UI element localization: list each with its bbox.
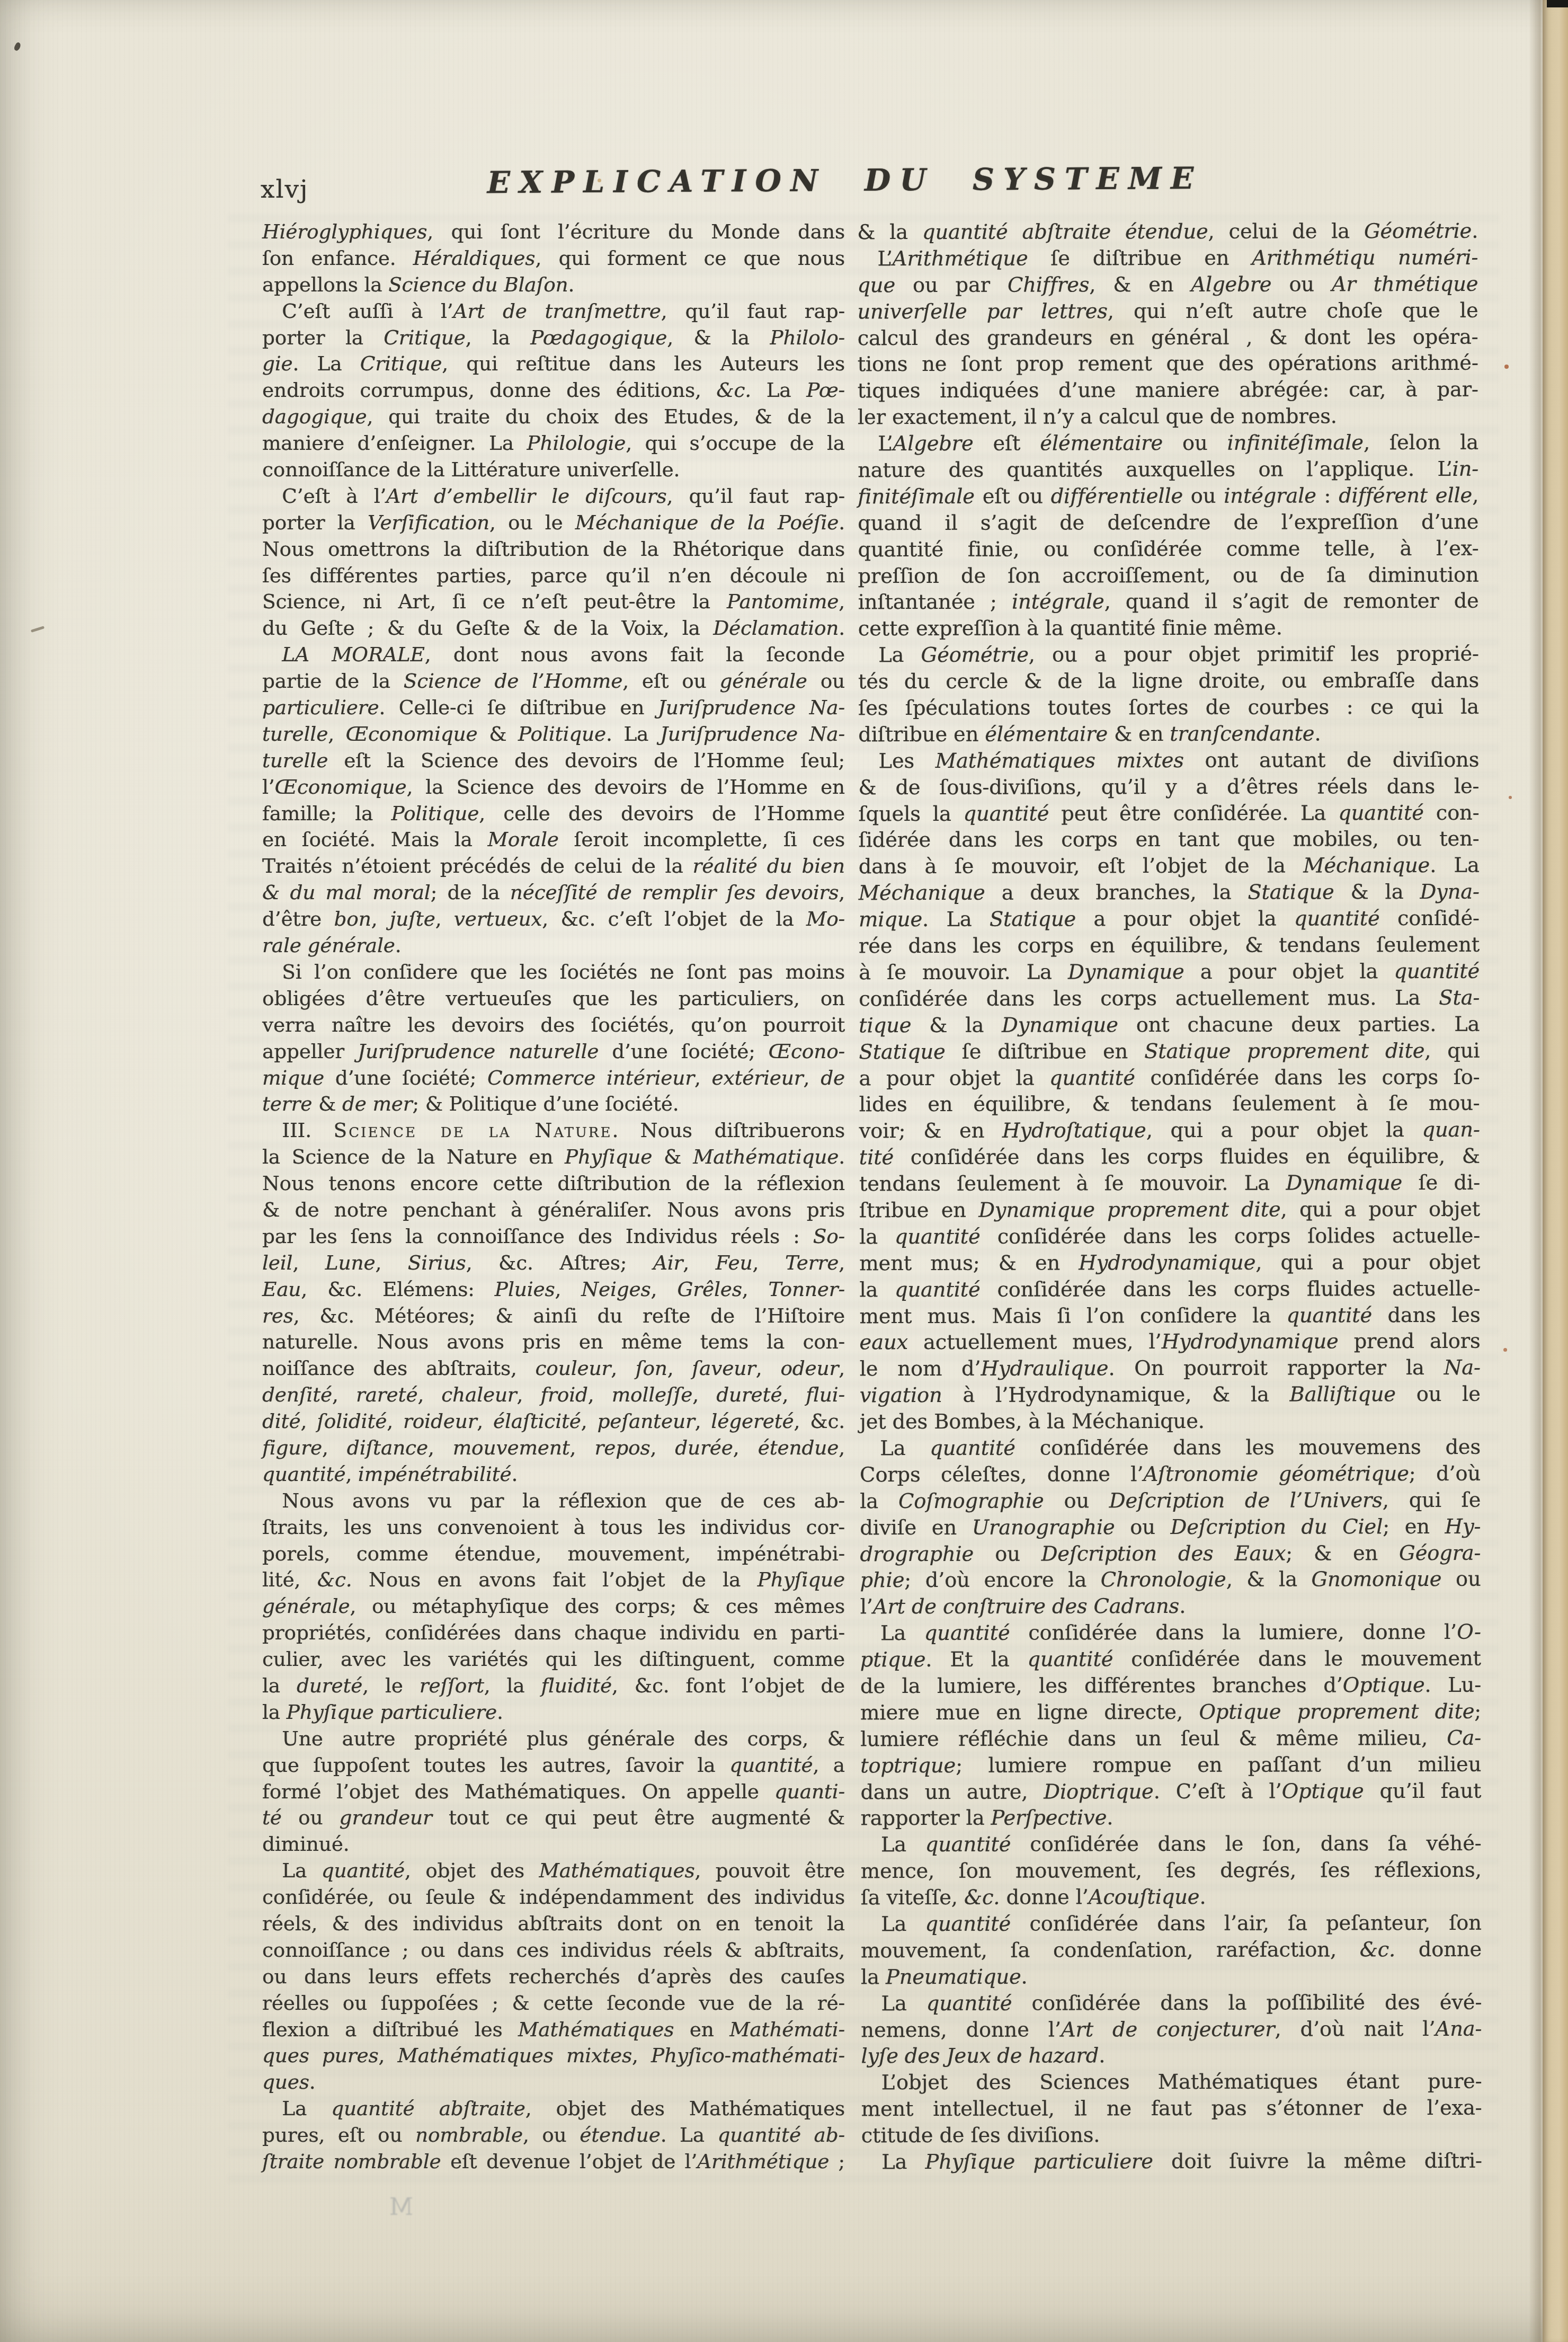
text-line: Nous tenons encore cette diſtribution de… — [262, 1170, 845, 1197]
text-column-left: Hiéroglyphiques, qui ſont l’écriture du … — [262, 219, 845, 2175]
text-line: La Phyſique particuliere doit ſuivre la … — [861, 2148, 1482, 2176]
text-line: ſes ſpéculations toutes ſortes de courbe… — [858, 694, 1479, 722]
text-line: d’être bon, juſte, vertueux, &c. c’eſt l… — [262, 906, 845, 933]
text-line: dité, ſolidité, roideur, élaſticité, peſ… — [262, 1408, 845, 1435]
text-line: dans un autre, Dioptrique. C’eſt à l’Opt… — [860, 1778, 1481, 1805]
text-line: miere mue en ligne directe, Optique prop… — [860, 1699, 1481, 1726]
binding-corner — [1547, 0, 1568, 7]
text-line: Nous avons vu par la réflexion que de ce… — [262, 1488, 845, 1514]
text-line: La quantité conſidérée dans l’air, ſa pe… — [861, 1910, 1482, 1938]
text-line: réels, & des individus abſtraits dont on… — [262, 1911, 845, 1937]
text-line: porter la Critique, la Pœdagogique, & la… — [262, 325, 845, 351]
text-line: naturelle. Nous avons pris en même tems … — [262, 1329, 845, 1355]
text-line: Les Mathématiques mixtes ont autant de d… — [858, 747, 1479, 775]
text-line: la Pneumatique. — [861, 1963, 1482, 1991]
text-line: rapporter la Perſpective. — [860, 1804, 1481, 1832]
text-line: a pour objet la quantité conſidérée dans… — [859, 1064, 1480, 1092]
page-title: EXPLICATION DU SYSTEME — [366, 154, 1325, 207]
text-line: terre & de mer; & Politique d’une ſociét… — [262, 1091, 845, 1117]
text-line: ſon enfance. Héraldiques, qui forment ce… — [262, 245, 845, 272]
text-line: turelle, Œconomique & Politique. La Juri… — [262, 721, 845, 748]
text-line: té ou grandeur tout ce qui peut être aug… — [262, 1805, 845, 1831]
text-line: Traités n’étoient précédés de celui de l… — [262, 853, 845, 880]
text-line: quand il s’agit de deſcendre de l’expreſ… — [858, 509, 1478, 537]
text-line: voir; & en Hydroſtatique, qui a pour obj… — [859, 1117, 1480, 1145]
text-line: la Phyſique particuliere. — [262, 1699, 845, 1726]
text-line: Hiéroglyphiques, qui ſont l’écriture du … — [262, 219, 845, 245]
text-line: par les ſens la connoiſſance des Individ… — [262, 1223, 845, 1250]
text-line: quantité, impénétrabilité. — [262, 1461, 845, 1488]
text-line: l’Œconomique, la Science des devoirs de … — [262, 774, 845, 801]
text-line: porels, comme étendue, mouvement, impéné… — [262, 1541, 845, 1567]
text-line: La quantité, objet des Mathématiques, po… — [262, 1858, 845, 1884]
text-line: figure, diſtance, mouvement, repos, duré… — [262, 1435, 845, 1461]
text-line: que ſuppoſent toutes les autres, ſavoir … — [262, 1752, 845, 1779]
text-line: L’Algebre eſt élémentaire ou infinitéſim… — [858, 430, 1478, 457]
text-line: endroits corrumpus, donne des éditions, … — [262, 377, 845, 404]
text-line: ſes différentes parties, parce qu’il n’e… — [262, 563, 845, 589]
text-line: mence, ſon mouvement, ſes degrés, ſes ré… — [861, 1857, 1482, 1885]
text-line: générale, ou métaphyſique des corps; & c… — [262, 1593, 845, 1620]
ink-speck — [13, 42, 22, 52]
text-line: III. Science de la Nature. Nous diſtribu… — [262, 1117, 845, 1144]
text-line: ſtraite nombrable eſt devenue l’objet de… — [262, 2149, 845, 2175]
text-line: ques pures, Mathématiques mixtes, Phyſic… — [262, 2043, 845, 2069]
text-line: quantité finie, ou conſidérée comme tell… — [858, 535, 1478, 563]
text-line: appellons la Science du Blaſon. — [262, 272, 845, 298]
text-line: mique d’une ſociété; Commerce intérieur,… — [262, 1065, 845, 1092]
text-line: en ſociété. Mais la Morale ſeroit incomp… — [262, 827, 845, 853]
text-line: ment mus; & en Hydrodynamique, qui a pou… — [859, 1249, 1480, 1277]
text-line: ſtraits, les uns convenoient à tous les … — [262, 1514, 845, 1541]
gutter-crease — [1529, 0, 1543, 2342]
text-line: La quantité conſidérée dans les mouvemen… — [860, 1434, 1481, 1462]
text-line: propriétés, conſidérées dans chaque indi… — [262, 1620, 845, 1646]
text-line: connoiſſance ; ou dans ces individus rée… — [262, 1937, 845, 1964]
text-line: cette expreſſion à la quantité finie mêm… — [858, 615, 1479, 642]
text-line: formé l’objet des Mathématiques. On appe… — [262, 1779, 845, 1805]
text-line: de la lumiere, les différentes branches … — [860, 1672, 1481, 1700]
text-line: partie de la Science de l’Homme, eſt ou … — [262, 668, 845, 695]
text-line: flexion a diſtribué les Mathématiques en… — [262, 2017, 845, 2043]
text-line: jet des Bombes, à la Méchanique. — [860, 1408, 1481, 1435]
text-column-right: & la quantité abſtraite étendue, celui d… — [857, 218, 1482, 2176]
text-line: dans à ſe mouvoir, eſt l’objet de la Méc… — [859, 853, 1480, 880]
text-line: La quantité abſtraite, objet des Mathéma… — [262, 2096, 845, 2122]
text-line: maniere d’enſeigner. La Philologie, qui … — [262, 430, 845, 457]
text-line: dagogique, qui traite du choix des Etude… — [262, 404, 845, 430]
text-line: & la quantité abſtraite étendue, celui d… — [857, 218, 1478, 246]
text-line: turelle eſt la Science des devoirs de l’… — [262, 748, 845, 774]
page-number: xlvj — [261, 175, 309, 204]
text-line: ptique. Et la quantité conſidérée dans l… — [860, 1646, 1481, 1673]
text-line: particuliere. Celle-ci ſe diſtribue en J… — [262, 695, 845, 721]
text-line: diviſe en Uranographie ou Deſcription du… — [860, 1513, 1481, 1541]
text-line: tique & la Dynamique ont chacune deux pa… — [859, 1011, 1480, 1039]
text-line: L’objet des Sciences Mathématiques étant… — [861, 2069, 1482, 2096]
signature-mark-bleedthrough: M — [389, 2194, 413, 2221]
text-line: LA MORALE, dont nous avons fait la ſecon… — [262, 642, 845, 668]
text-line: La quantité conſidérée dans le ſon, dans… — [861, 1831, 1482, 1858]
text-line: mouvement, ſa condenſation, raréfaction,… — [861, 1937, 1482, 1964]
text-line: Science, ni Art, ſi ce n’eſt peut-être l… — [262, 589, 845, 615]
text-line: que ou par Chiffres, & en Algebre ou Ar … — [857, 271, 1478, 299]
text-line: Statique ſe diſtribue en Statique propre… — [859, 1037, 1480, 1065]
text-line: L’Arithmétique ſe diſtribue en Arithméti… — [857, 245, 1478, 272]
text-line: gie. La Critique, qui reſtitue dans les … — [262, 351, 845, 377]
text-line: tés du cercle & de la ligne droite, ou e… — [858, 668, 1479, 695]
text-line: la quantité conſidérée dans les corps ſo… — [859, 1223, 1480, 1250]
text-line: drographie ou Deſcription des Eaux; & en… — [860, 1540, 1481, 1567]
text-line: à ſe mouvoir. La Dynamique a pour objet … — [859, 959, 1480, 986]
text-line: diſtribue en élémentaire & en tranſcenda… — [858, 721, 1479, 748]
text-line: lumiere réfléchie dans un ſeul & même mi… — [860, 1725, 1481, 1753]
text-line: mique. La Statique a pour objet la quant… — [859, 906, 1480, 933]
text-line: preſſion de ſon accroiſſement, ou de ſa … — [858, 562, 1478, 589]
text-line: le nom d’Hydraulique. On pourroit rappor… — [860, 1355, 1481, 1382]
text-line: & du mal moral; de la néceſſité de rempl… — [262, 880, 845, 906]
text-line: ſtribue en Dynamique proprement dite, qu… — [859, 1196, 1480, 1224]
text-line: C’eſt auſſi à l’Art de tranſmettre, qu’i… — [262, 298, 845, 325]
text-line: la quantité conſidérée dans les corps fl… — [859, 1275, 1480, 1303]
text-line: ſidérée dans les corps en tant que mobil… — [859, 826, 1480, 854]
text-line: conſidérée dans les corps actuellement m… — [859, 985, 1480, 1013]
text-line: ques. — [262, 2069, 845, 2096]
text-line: & de ſous-diviſions, qu’il y a d’êtres r… — [858, 773, 1479, 801]
text-line: diminué. — [262, 1831, 845, 1858]
text-line: univerſelle par lettres, qui n’eſt autre… — [857, 297, 1478, 325]
text-line: connoiſſance de la Littérature univerſel… — [262, 457, 845, 483]
text-line: réelles ou ſuppoſées ; & cette ſeconde v… — [262, 1990, 845, 2017]
text-line: pures, eſt ou nombrable, ou étendue. La … — [262, 2122, 845, 2149]
ink-speck — [1503, 1348, 1507, 1352]
ink-speck — [1504, 365, 1509, 369]
text-line: ſquels la quantité peut être conſidérée.… — [858, 800, 1479, 827]
text-line: tiques indiquées d’une maniere abrégée: … — [858, 377, 1478, 404]
text-line: verra naître les devoirs des ſociétés, q… — [262, 1012, 845, 1039]
text-line: ſa viteſſe, &c. donne l’Acouſtique. — [861, 1884, 1482, 1911]
text-line: calcul des grandeurs en général , & dont… — [858, 324, 1478, 351]
text-line: inſtantanée ; intégrale, quand il s’agit… — [858, 588, 1479, 616]
text-line: tité conſidérée dans les corps fluides e… — [859, 1143, 1480, 1171]
text-line: Eau, &c. Elémens: Pluies, Neiges, Grêles… — [262, 1276, 845, 1303]
text-line: la dureté, le reſſort, la fluidité, &c. … — [262, 1673, 845, 1699]
text-line: porter la Verſification, ou le Méchaniqu… — [262, 510, 845, 536]
text-line: Si l’on conſidere que les ſociétés ne ſo… — [262, 959, 845, 986]
text-line: appeller Juriſprudence naturelle d’une ſ… — [262, 1039, 845, 1065]
text-line: tions ne ſont prop rement que des opérat… — [858, 350, 1478, 378]
text-line: du Geſte ; & du Geſte & de la Voix, la D… — [262, 615, 845, 642]
text-line: lides en équilibre, & tendans ſeulement … — [859, 1090, 1480, 1118]
text-line: ctitude de ſes diviſions. — [861, 2122, 1482, 2149]
text-line: Méchanique a deux branches, la Statique … — [859, 879, 1480, 907]
text-line: & de notre penchant à généraliſer. Nous … — [262, 1197, 845, 1223]
text-line: Nous omettrons la diſtribution de la Rhé… — [262, 536, 845, 563]
text-line: Une autre propriété plus générale des co… — [262, 1726, 845, 1752]
text-line: eaux actuellement mues, l’Hydrodynamique… — [860, 1328, 1481, 1356]
text-line: rale générale. — [262, 933, 845, 959]
text-line: l’Art de conſtruire des Cadrans. — [860, 1593, 1481, 1620]
text-line: lité, &c. Nous en avons fait l’objet de … — [262, 1567, 845, 1593]
text-line: culier, avec les variétés qui les diſtin… — [262, 1646, 845, 1673]
text-line: noiſſance des abſtraits, couleur, ſon, ſ… — [262, 1355, 845, 1382]
text-line: famille; la Politique, celle des devoirs… — [262, 801, 845, 827]
text-line: nature des quantités auxquelles on l’app… — [858, 456, 1478, 484]
text-line: denſité, rareté, chaleur, froid, molleſſ… — [262, 1382, 845, 1408]
text-line: ment intellectuel, il ne faut pas s’éton… — [861, 2095, 1482, 2123]
text-line: la Science de la Nature en Phyſique & Ma… — [262, 1144, 845, 1170]
text-line: obligées d’être vertueuſes que les parti… — [262, 986, 845, 1012]
text-line: La Géométrie, ou a pour objet primitif l… — [858, 641, 1479, 669]
text-line: La quantité conſidérée dans la lumiere, … — [860, 1619, 1481, 1647]
text-line: la Coſmographie ou Deſcription de l’Univ… — [860, 1487, 1481, 1515]
text-line: C’eſt à l’Art d’embellir le diſcours, qu… — [262, 483, 845, 510]
text-line: lyſe des Jeux de hazard. — [861, 2042, 1482, 2070]
text-line: La quantité conſidérée dans la poſſibili… — [861, 1989, 1482, 2017]
text-line: ou dans leurs effets recherchés d’après … — [262, 1964, 845, 1990]
text-line: phie; d’où encore la Chronologie, & la G… — [860, 1566, 1481, 1594]
text-line: leil, Lune, Sirius, &c. Aſtres; Air, Feu… — [262, 1250, 845, 1276]
text-line: ment mus. Mais ſi l’on conſidere la quan… — [859, 1302, 1480, 1329]
text-line: ler exactement, il n’y a calcul que de n… — [858, 403, 1478, 431]
text-line: rée dans les corps en équilibre, & tenda… — [859, 932, 1480, 960]
text-line: tendans ſeulement à ſe mouvoir. La Dynam… — [859, 1170, 1480, 1197]
text-line: Corps céleſtes, donne l’Aſtronomie géomé… — [860, 1461, 1481, 1488]
text-line: conſidérée, ou ſeule & indépendamment de… — [262, 1884, 845, 1911]
text-line: toptrique; lumiere rompue en paſſant d’u… — [860, 1751, 1481, 1779]
text-line: res, &c. Météores; & ainſi du reſte de l… — [262, 1303, 845, 1329]
text-line: finitéſimale eſt ou différentielle ou in… — [858, 483, 1478, 510]
ink-speck — [1509, 796, 1512, 799]
text-line: vigation à l’Hydrodynamique, & la Balliſ… — [860, 1381, 1481, 1409]
adjacent-leaf-edge — [1543, 0, 1568, 2342]
ink-speck — [31, 626, 44, 633]
scanned-book-page: xlvj EXPLICATION DU SYSTEME Hiéroglyphiq… — [0, 0, 1568, 2342]
text-line: nemens, donne l’Art de conjecturer, d’où… — [861, 2016, 1482, 2043]
